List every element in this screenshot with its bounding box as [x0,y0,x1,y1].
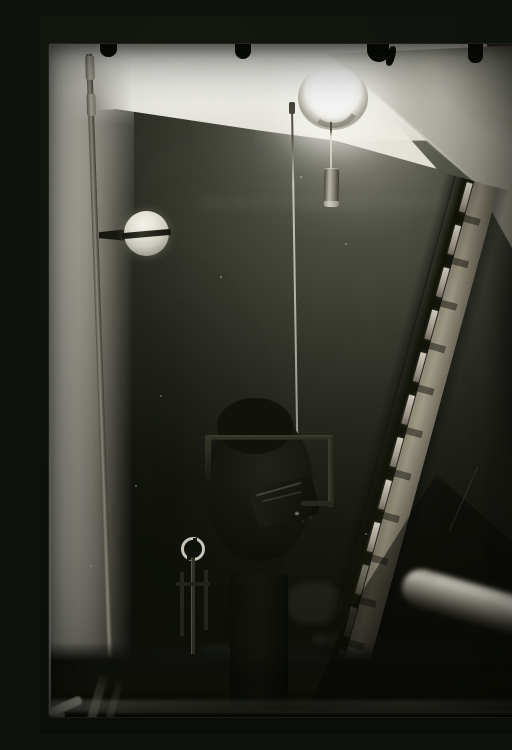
ceiling-lamp [298,66,368,130]
plate-clamp-mark [468,44,483,63]
pull-cord-counterweight [324,168,340,207]
dust-specks [220,276,222,278]
machine-glints [295,512,299,515]
valve-stem [191,558,195,654]
globe-wall-lamp [124,211,169,256]
guard-rail-stub [301,501,333,506]
valve-stand-bar [204,570,208,630]
guard-rail-right [328,437,334,507]
guard-rail-left [205,435,211,487]
globe-lamp-band [122,229,171,239]
photo-plate [49,44,512,717]
pipe-coupling-lower [86,94,96,116]
photo-caption: View beneath a basement staircase: an ov… [40,16,41,17]
machine-dome [217,398,293,454]
pull-cord [330,122,332,169]
machine-pedestal [230,574,288,714]
floor-light-line [89,711,512,714]
guard-rail-top [207,435,333,440]
pipe-coupling-upper [85,56,95,80]
photograph: View beneath a basement staircase: an ov… [40,16,512,734]
corner-flare [49,44,79,58]
plate-edge-highlight [49,324,51,714]
valve-stand-bar [176,582,210,586]
